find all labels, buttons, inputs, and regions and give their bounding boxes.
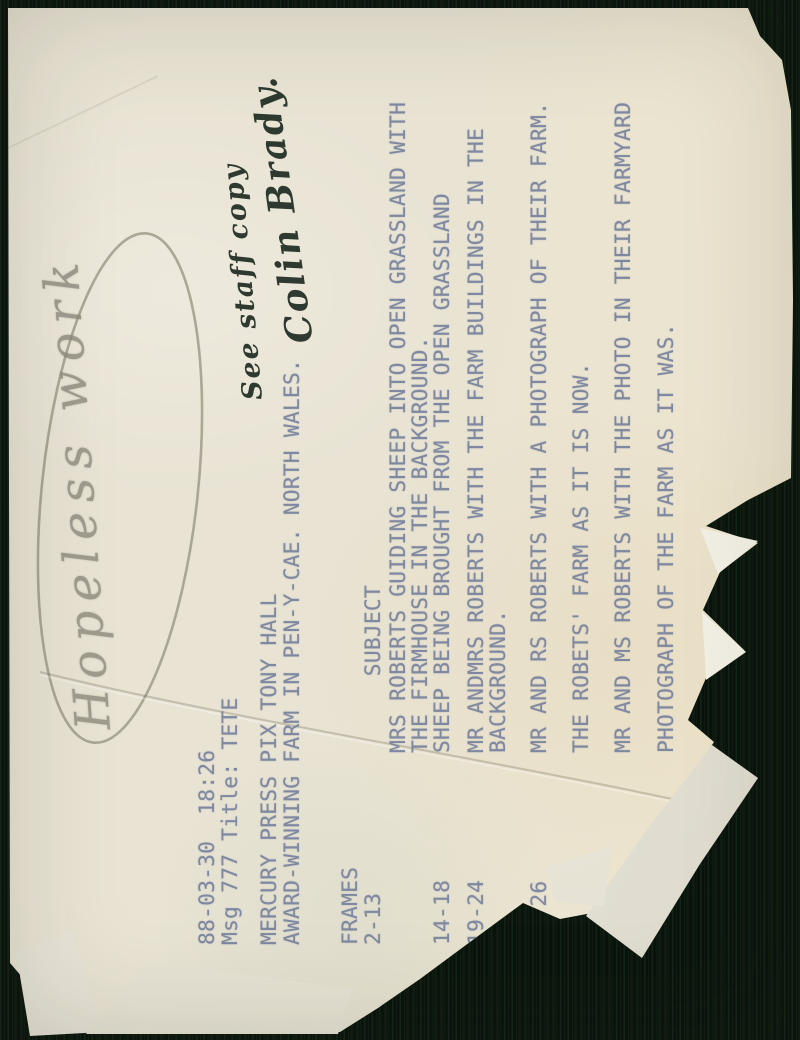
- typed-line-text: 19-24: [466, 880, 487, 945]
- typed-line-text: MERCURY PRESS PIX TONY HALL: [259, 593, 280, 945]
- pencil-note: Hopeless work: [37, 252, 118, 731]
- typed-line-text: Msg 777 Title: TETE: [220, 698, 241, 945]
- typed-line-text: 2-13: [363, 893, 384, 945]
- typed-line-text: MR ANDMRS ROBERTS WITH THE FARM BUILDING…: [466, 128, 487, 753]
- typed-line-text: MR AND MS ROBERTS WITH THE PHOTO IN THEI…: [613, 102, 634, 753]
- typed-line-text: SUBJECT: [363, 585, 384, 676]
- typed-line-text: THE FIRMHOUSE IN THE BACKGROUND.: [410, 336, 431, 753]
- typed-line-text: PHOTOGRAPH OF THE FARM AS IT WAS.: [656, 323, 677, 753]
- typed-line-text: MR AND RS ROBERTS WITH A PHOTOGRAPH OF T…: [529, 102, 550, 753]
- typed-line-text: MRS ROBERTS GUIDING SHEEP INTO OPEN GRAS…: [388, 102, 409, 753]
- photo-background: Hopeless work See staff copy Colin Brady…: [0, 0, 800, 1040]
- typed-line-text: 14-18: [432, 880, 453, 945]
- typed-line-text: 88-03-30 18:26: [197, 750, 218, 945]
- typed-line-text: AWARD-WINNING FARM IN PEN-Y-CAE. NORTH W…: [282, 359, 303, 945]
- typed-line-text: BACKGROUND.: [488, 610, 509, 753]
- typed-line-text: SHEEP BEING BROUGHT FROM THE OPEN GRASSL…: [432, 193, 453, 753]
- typed-line-text: FRAMES: [340, 867, 361, 945]
- typed-line-text: THE ROBETS' FARM AS IT IS NOW.: [571, 362, 592, 753]
- typed-line-text: 26: [529, 881, 550, 907]
